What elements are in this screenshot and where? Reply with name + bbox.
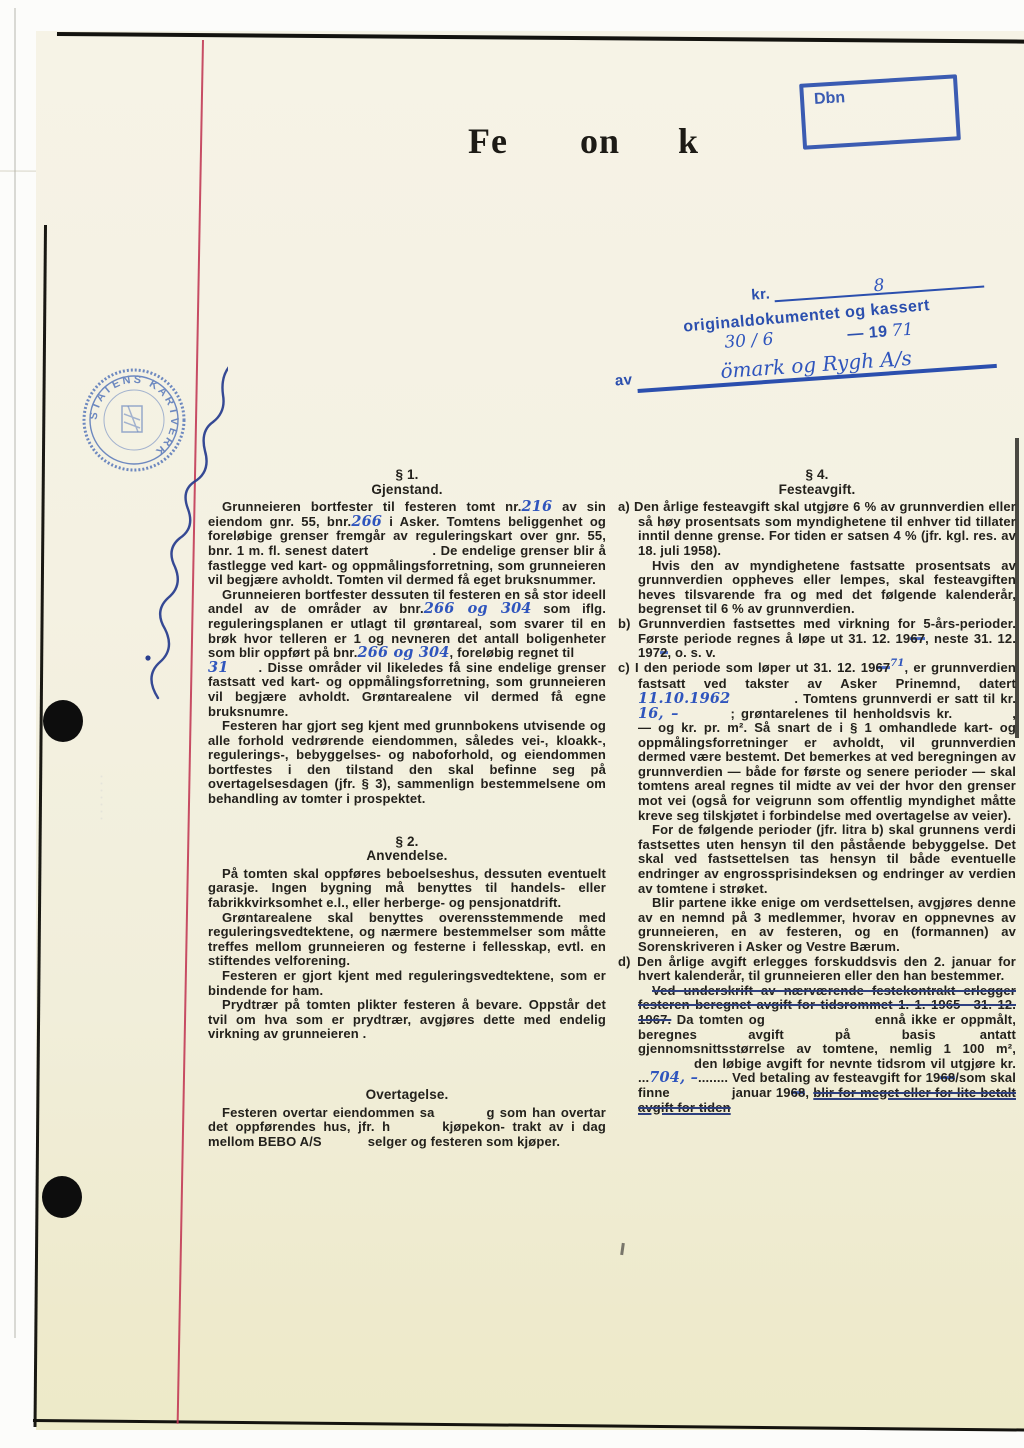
date-month-handwritten: 6	[762, 329, 774, 350]
faded-gap	[765, 1013, 875, 1014]
overwritten-text: 67	[910, 631, 925, 646]
document-title: Fe on k	[468, 120, 828, 162]
paragraph: c) I den periode som løper ut 31. 12. 19…	[618, 661, 1016, 824]
date-day-handwritten: 30	[724, 331, 747, 352]
faded-gap	[578, 646, 606, 647]
faded-gap	[936, 1028, 980, 1029]
section-name: Overtagelse.	[208, 1088, 606, 1103]
right-text-column: § 4.Festeavgift.a) Den årlige festeavgif…	[618, 468, 1016, 1115]
paragraph: Hvis den av myndighetene fastsatte prose…	[638, 559, 1016, 617]
paragraph: Grunneieren bortfester dessuten til fest…	[208, 588, 606, 719]
section-name: Festeavgift.	[618, 483, 1016, 498]
handwritten-annotation: 216	[521, 498, 552, 515]
handwritten-annotation: 71	[890, 658, 904, 669]
scanned-lease-contract-page: { "title_fragments": ["Fe", "on", "k"], …	[0, 0, 1024, 1448]
overwritten-text: 67	[876, 660, 891, 675]
printed-text: ,— og kr. pr. m². Så snart de i § 1 omha…	[638, 706, 1016, 823]
punch-hole	[43, 700, 83, 742]
printed-text: selger og festeren som kjøper.	[368, 1134, 560, 1149]
dbn-stamp-text: Dbn	[814, 89, 846, 108]
handwritten-annotation: 704, –	[649, 1069, 698, 1086]
vertical-space	[208, 807, 606, 835]
faded-gap	[435, 1106, 487, 1107]
printed-text: d) Den årlige avgift erlegges forskuddsv…	[618, 954, 1016, 984]
section-name: Anvendelse.	[208, 849, 606, 864]
printed-text: ........ Ved betaling av festeavgift for…	[698, 1070, 940, 1085]
printed-text: ; grøntarelenes til henholdsvis kr.	[731, 706, 953, 721]
overwritten-text: 68	[791, 1085, 806, 1100]
handwritten-annotation: 266 og 304	[424, 600, 532, 617]
printed-text: Prydtrær på tomten plikter festeren å be…	[208, 997, 606, 1041]
paragraph: d) Den årlige avgift erlegges forskuddsv…	[618, 955, 1016, 984]
printed-text: På tomten skal oppføres beboelseshus, de…	[208, 866, 606, 910]
dbn-stamp: Dbn	[799, 74, 961, 150]
section-number: § 2.	[208, 835, 606, 850]
punch-hole	[42, 1176, 82, 1218]
printed-text: , foreløbig regnet til	[450, 645, 578, 660]
paragraph: b) Grunnverdien fastsettes med virkning …	[618, 617, 1016, 661]
section-heading: Overtagelse.	[208, 1088, 606, 1103]
faded-gap	[390, 1120, 442, 1121]
printed-text: c) I den periode som løper ut 31. 12. 19	[618, 660, 876, 675]
printed-text: Da tomten og	[671, 1012, 765, 1027]
section-number: § 1.	[208, 468, 606, 483]
handwritten-annotation: 266	[351, 513, 382, 530]
printed-text: Festeren har gjort seg kjent med grunnbo…	[208, 718, 606, 806]
faded-gap	[952, 707, 1012, 708]
section-heading: § 1.Gjenstand.	[208, 468, 606, 497]
handwritten-annotation: 266 og 304	[358, 644, 450, 661]
title-fragment: on	[580, 120, 620, 162]
paragraph: Prydtrær på tomten plikter festeren å be…	[208, 998, 606, 1042]
section-heading: § 2.Anvendelse.	[208, 835, 606, 864]
paragraph: Grøntarealene skal benyttes overensstemm…	[208, 911, 606, 969]
printed-text: Hvis den av myndighetene fastsatte prose…	[638, 558, 1016, 617]
date-print: — 19	[847, 323, 888, 343]
overwritten-text: 68	[940, 1070, 955, 1085]
scanner-edge-line	[14, 8, 16, 1338]
date-year-handwritten: 71	[891, 320, 914, 341]
faded-gap	[730, 692, 794, 693]
faint-margin-note: ·······	[96, 560, 110, 820]
printed-text: januar 19	[732, 1085, 791, 1100]
section-heading: § 4.Festeavgift.	[618, 468, 1016, 497]
paragraph: Ved underskrift av nærværende festekontr…	[638, 984, 1016, 1115]
paragraph: På tomten skal oppføres beboelseshus, de…	[208, 867, 606, 911]
faded-gap	[228, 661, 258, 662]
printed-text: For de følgende perioder (jfr. litra b) …	[638, 822, 1016, 895]
faded-gap	[679, 707, 731, 708]
faded-gap	[368, 544, 432, 545]
printed-text: Blir partene ikke enige om verdsettelsen…	[638, 895, 1016, 954]
struck-text: blir for meget eller for lite betalt avg…	[638, 1085, 1016, 1115]
printed-text: , o. s. v.	[668, 645, 716, 660]
faded-gap	[670, 1086, 732, 1087]
faded-gap	[322, 1135, 368, 1136]
av-label: av	[614, 371, 633, 389]
section-name: Gjenstand.	[208, 483, 606, 498]
printed-text: Grøntarealene skal benyttes overensstemm…	[208, 910, 606, 969]
faded-gap	[638, 1057, 694, 1058]
overwritten-text: 2	[660, 645, 667, 660]
title-fragment: Fe	[468, 120, 508, 162]
paragraph: Grunneieren bortfester til festeren tomt…	[208, 500, 606, 588]
printed-text: Festeren er gjort kjent med reguleringsv…	[208, 968, 606, 998]
paragraph: Festeren er gjort kjent med reguleringsv…	[208, 969, 606, 998]
printed-text: . Tomtens grunnverdi er satt til kr.	[794, 691, 1016, 706]
paragraph: For de følgende perioder (jfr. litra b) …	[638, 823, 1016, 896]
printed-text: a) Den årlige festeavgift skal utgjøre 6…	[618, 499, 1016, 558]
printed-text: Festeren overtar eiendommen sa	[222, 1105, 435, 1120]
left-text-column: § 1.Gjenstand.Grunneieren bortfester til…	[208, 468, 606, 1149]
paragraph: a) Den årlige festeavgift skal utgjøre 6…	[618, 500, 1016, 558]
paragraph: Festeren har gjort seg kjent med grunnbo…	[208, 719, 606, 807]
kr-label: kr.	[751, 286, 771, 304]
vertical-space	[208, 1042, 606, 1088]
section-number: § 4.	[618, 468, 1016, 483]
title-fragment: k	[678, 120, 699, 162]
paragraph: Blir partene ikke enige om verdsettelsen…	[638, 896, 1016, 954]
handwritten-annotation: 31	[208, 659, 228, 676]
paragraph: Festeren overtar eiendommen sa g som han…	[208, 1106, 606, 1150]
printed-text: . Disse områder vil likeledes få sine en…	[208, 660, 606, 719]
